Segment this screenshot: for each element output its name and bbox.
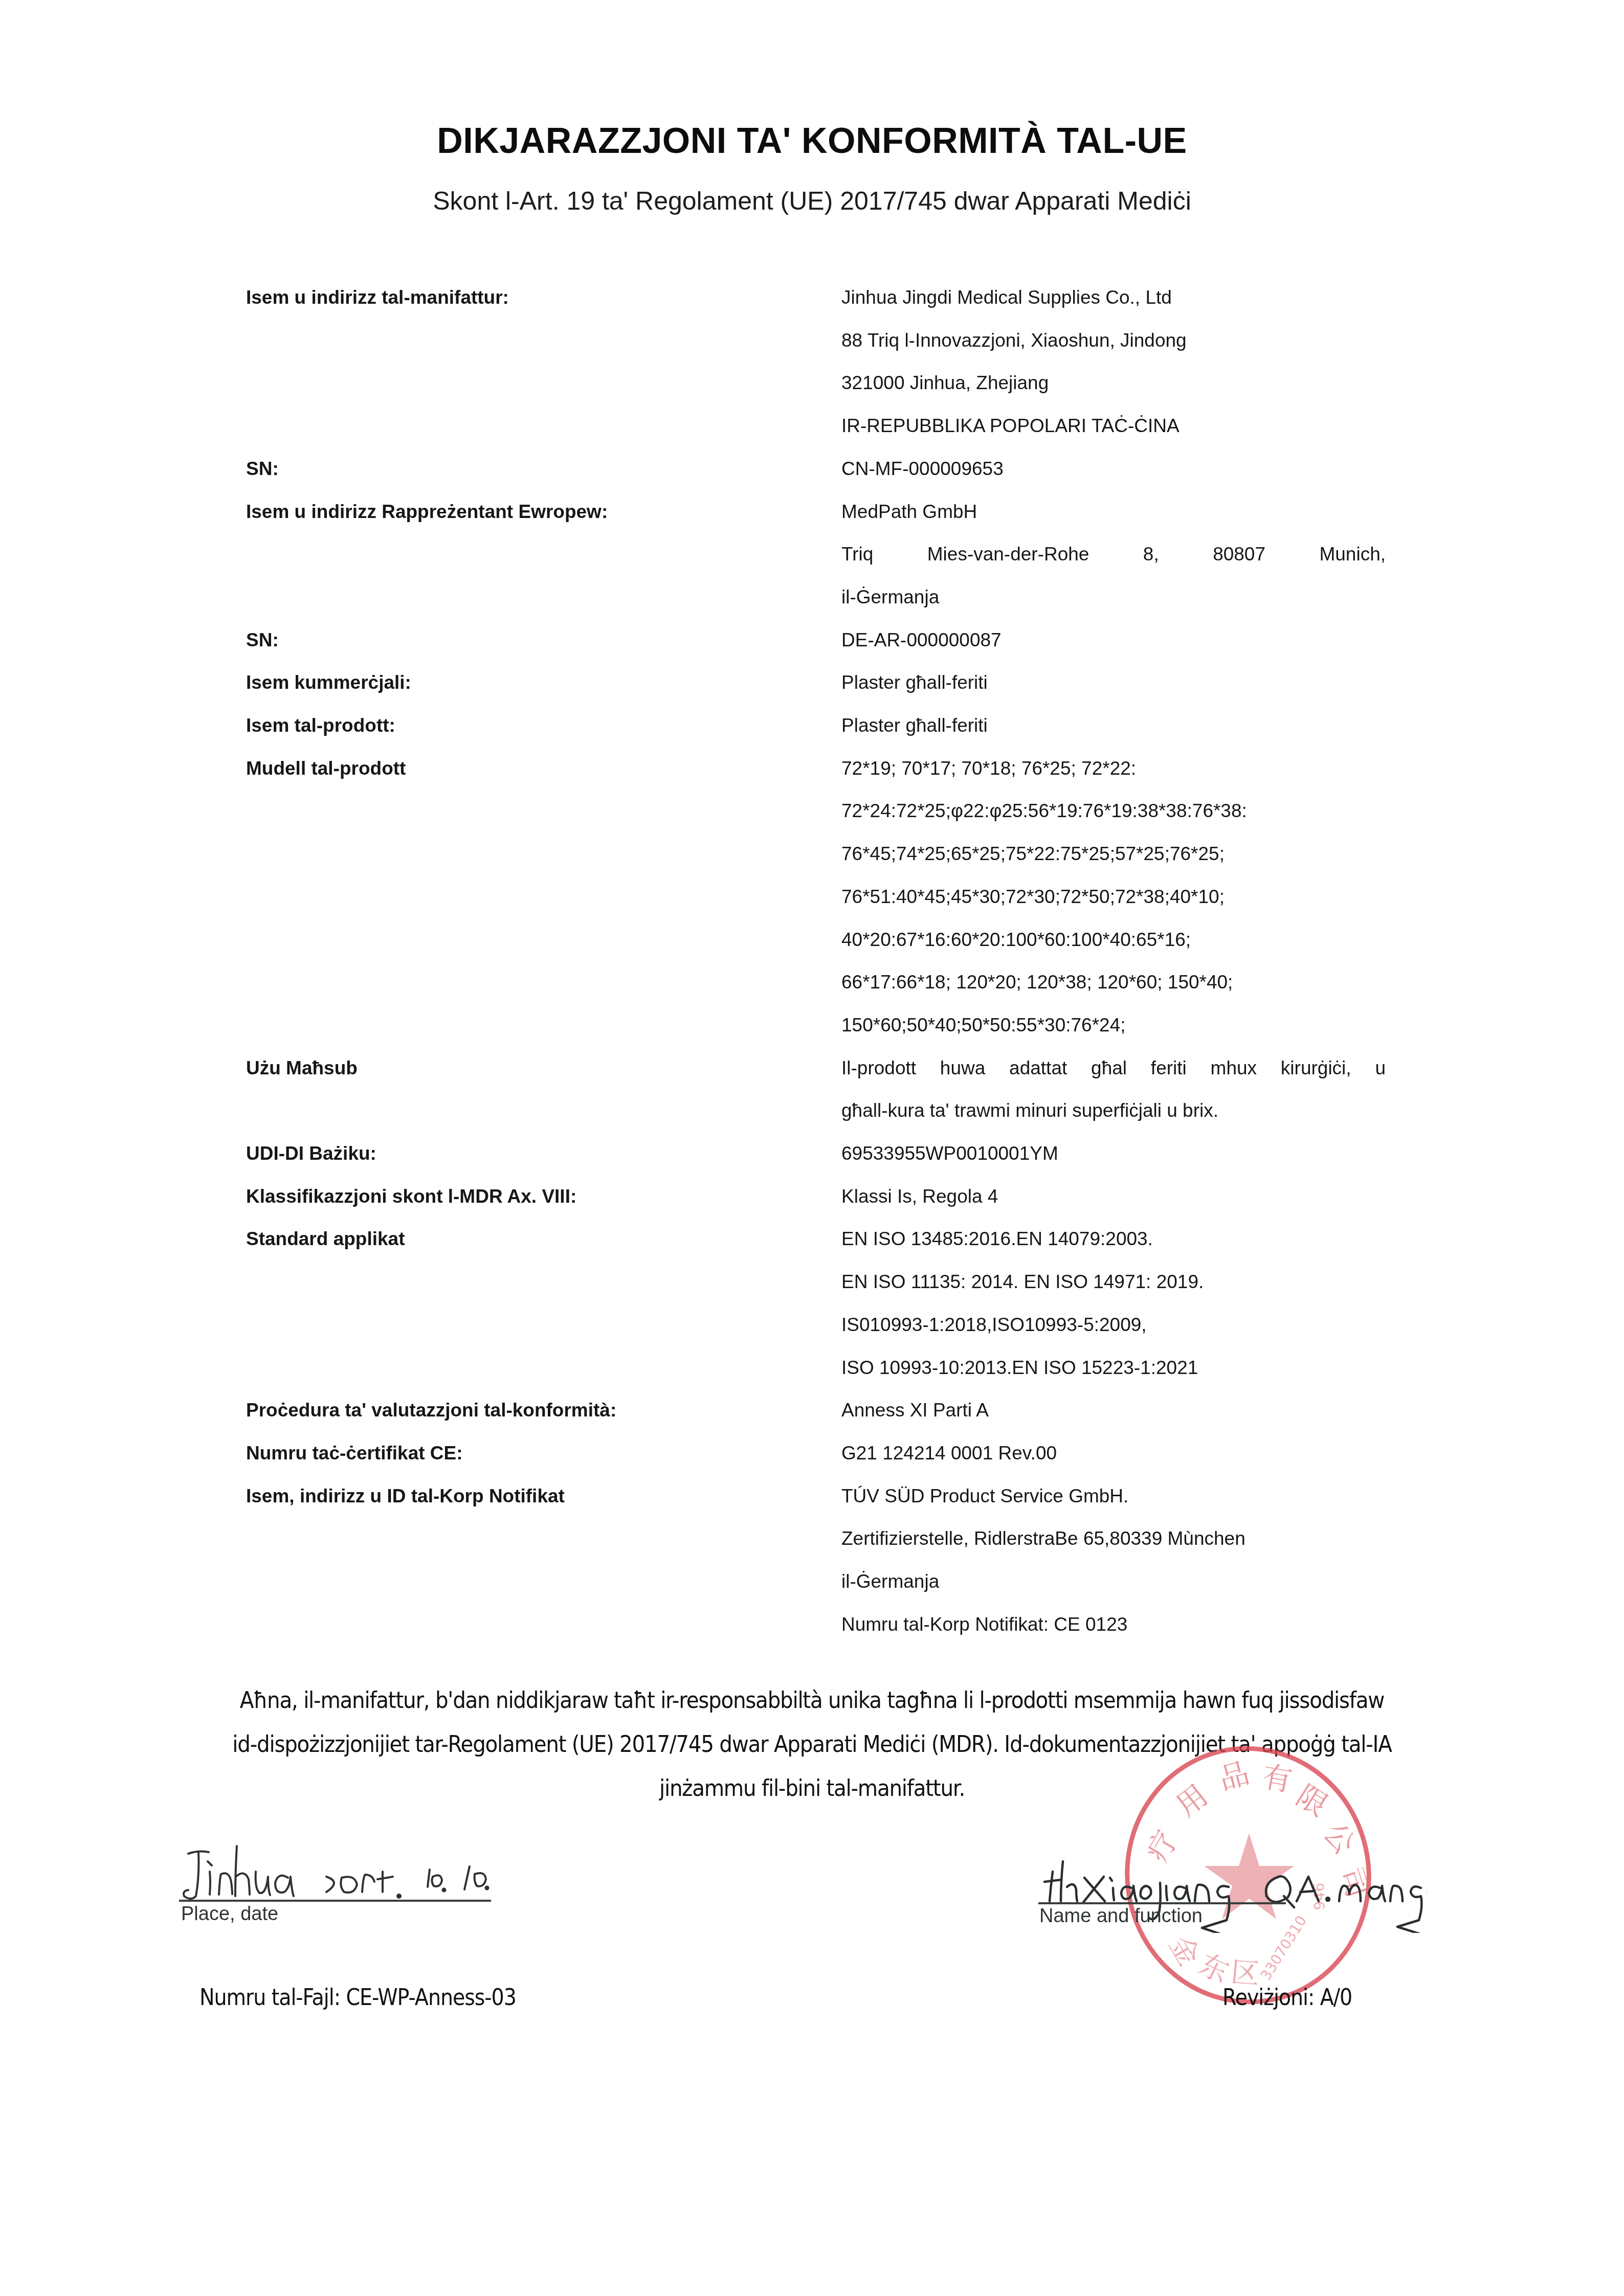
signature-line [179,1900,491,1902]
document-subtitle: Skont l-Art. 19 ta' Regolament (UE) 2017… [0,184,1624,218]
field-value-line: EN ISO 13485:2016.EN 14079:2003. [841,1218,1387,1260]
field-value-line: 72*19; 70*17; 70*18; 76*25; 72*22: [841,747,1387,790]
field-label: Isem kummerċjali: [246,661,841,704]
field-value-line: Plaster għall-feriti [841,661,1387,704]
field-value-line: EN ISO 11135: 2014. EN ISO 14971: 2019. [841,1260,1387,1303]
field-value-line: 150*60;50*40;50*50:55*30:76*24; [841,1004,1387,1047]
field-values: G21 124214 0001 Rev.00 [841,1432,1387,1475]
field-value-line: 88 Triq l-Innovazzjoni, Xiaoshun, Jindon… [841,319,1387,362]
field-value-line: Triq Mies-van-der-Rohe 8, 80807 Munich, [841,533,1386,576]
signature-line [1038,1902,1286,1904]
field-values: CN-MF-000009653 [841,447,1387,490]
declaration-fields-table: Isem u indirizz tal-manifattur:Jinhua Ji… [246,276,1387,1646]
field-label: Numru taċ-ċertifikat CE: [246,1432,841,1475]
field-values: TÚV SÜD Product Service GmbH.Zertifizier… [841,1475,1387,1646]
declaration-line: Aħna, il-manifattur, b'dan niddikjaraw t… [150,1679,1475,1723]
field-values: Il-prodott huwa adattat għal feriti mhux… [841,1047,1387,1132]
field-label: Standard applikat [246,1218,841,1260]
field-row: Numru taċ-ċertifikat CE:G21 124214 0001 … [246,1432,1387,1475]
field-label: Isem, indirizz u ID tal-Korp Notifikat [246,1475,841,1518]
document-title: DIKJARAZZJONI TA' KONFORMITÀ TAL-UE [0,119,1624,163]
field-value-line: Jinhua Jingdi Medical Supplies Co., Ltd [841,276,1387,319]
field-row: UDI-DI Bażiku:69533955WP0010001YM [246,1132,1387,1175]
svg-text:品: 品 [1215,1755,1253,1797]
field-row: Użu MaħsubIl-prodott huwa adattat għal f… [246,1047,1387,1132]
field-value-line: il-Ġermanja [841,576,1387,619]
svg-text:用: 用 [1170,1778,1215,1824]
field-value-line: ISO 10993-10:2013.EN ISO 15223-1:2021 [841,1346,1387,1389]
field-row: Proċedura ta' valutazzjoni tal-konformit… [246,1389,1387,1432]
name-function-caption: Name and function [1039,1905,1203,1927]
field-value-line: IS010993-1:2018,ISO10993-5:2009, [841,1303,1387,1346]
field-label: Proċedura ta' valutazzjoni tal-konformit… [246,1389,841,1432]
field-value-line: Zertifizierstelle, RidlerstraBe 65,80339… [841,1517,1387,1560]
field-values: Plaster għall-feriti [841,704,1387,747]
field-row: SN:DE-AR-000000087 [246,619,1387,662]
field-row: Standard applikatEN ISO 13485:2016.EN 14… [246,1218,1387,1389]
field-label: SN: [246,619,841,662]
revision-number: Reviżjoni: A/0 [1222,1983,1352,2013]
field-value-line: 76*51:40*45;45*30;72*30;72*50;72*38;40*1… [841,875,1387,918]
field-value-line: G21 124214 0001 Rev.00 [841,1432,1387,1475]
field-label: Klassifikazzjoni skont l-MDR Ax. VIII: [246,1175,841,1218]
field-value-line: Anness XI Parti A [841,1389,1387,1432]
field-value-line: il-Ġermanja [841,1560,1387,1603]
field-row: Isem kummerċjali:Plaster għall-feriti [246,661,1387,704]
field-label: Użu Maħsub [246,1047,841,1090]
field-value-line: 72*24:72*25;φ22:φ25:56*19:76*19:38*38:76… [841,790,1387,832]
field-value-line: għall-kura ta' trawmi minuri superfiċjal… [841,1089,1387,1132]
field-values: EN ISO 13485:2016.EN 14079:2003.EN ISO 1… [841,1218,1387,1389]
svg-text:限: 限 [1291,1778,1334,1823]
field-row: Isem u indirizz Rappreżentant Ewropew:Me… [246,490,1387,619]
field-row: Isem tal-prodott:Plaster għall-feriti [246,704,1387,747]
handwritten-place-date [178,1841,495,1902]
field-value-line: IR-REPUBBLIKA POPOLARI TAĊ-ĊINA [841,404,1387,447]
field-value-line: 66*17:66*18; 120*20; 120*38; 120*60; 150… [841,961,1387,1004]
field-row: Isem, indirizz u ID tal-Korp NotifikatTÚ… [246,1475,1387,1646]
field-label: Mudell tal-prodott [246,747,841,790]
name-function-signature: Name and function [1038,1841,1427,1923]
field-value-line: Klassi Is, Regola 4 [841,1175,1387,1218]
field-value-line: TÚV SÜD Product Service GmbH. [841,1475,1387,1518]
field-row: Mudell tal-prodott72*19; 70*17; 70*18; 7… [246,747,1387,1047]
field-values: Anness XI Parti A [841,1389,1387,1432]
svg-text:有: 有 [1260,1759,1295,1798]
field-value-line: 321000 Jinhua, Zhejiang [841,362,1387,404]
field-values: MedPath GmbHTriq Mies-van-der-Rohe 8, 80… [841,490,1387,619]
field-value-line: MedPath GmbH [841,490,1387,533]
place-date-signature: Place, date [174,1841,491,1912]
field-label: Isem tal-prodott: [246,704,841,747]
field-label: Isem u indirizz tal-manifattur: [246,276,841,319]
field-values: 72*19; 70*17; 70*18; 76*25; 72*22:72*24:… [841,747,1387,1047]
field-values: Klassi Is, Regola 4 [841,1175,1387,1218]
field-value-line: Il-prodott huwa adattat għal feriti mhux… [841,1047,1386,1090]
field-values: Jinhua Jingdi Medical Supplies Co., Ltd8… [841,276,1387,447]
field-value-line: 76*45;74*25;65*25;75*22:75*25;57*25;76*2… [841,832,1387,875]
file-number: Numru tal-Fajl: CE-WP-Anness-03 [199,1983,516,2013]
field-row: SN:CN-MF-000009653 [246,447,1387,490]
field-label: SN: [246,447,841,490]
field-value-line: 40*20:67*16:60*20:100*60:100*40:65*16; [841,918,1387,961]
field-values: DE-AR-000000087 [841,619,1387,662]
field-row: Klassifikazzjoni skont l-MDR Ax. VIII:Kl… [246,1175,1387,1218]
field-value-line: 69533955WP0010001YM [841,1132,1387,1175]
field-values: Plaster għall-feriti [841,661,1387,704]
field-value-line: Plaster għall-feriti [841,704,1387,747]
field-value-line: DE-AR-000000087 [841,619,1387,662]
field-label: UDI-DI Bażiku: [246,1132,841,1175]
place-date-caption: Place, date [181,1903,278,1925]
field-values: 69533955WP0010001YM [841,1132,1387,1175]
field-row: Isem u indirizz tal-manifattur:Jinhua Ji… [246,276,1387,447]
field-value-line: CN-MF-000009653 [841,447,1387,490]
field-label: Isem u indirizz Rappreżentant Ewropew: [246,490,841,533]
field-value-line: Numru tal-Korp Notifikat: CE 0123 [841,1603,1387,1646]
